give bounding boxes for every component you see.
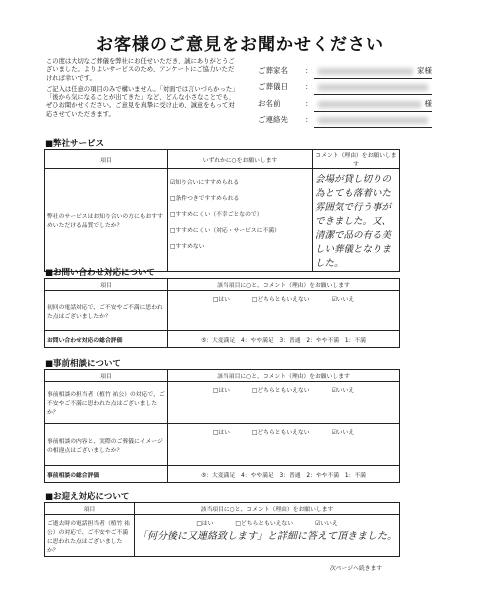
rating-label: お問い合わせ対応の総合評価 bbox=[45, 331, 168, 348]
handwritten-comment[interactable]: 会場が貸し切りの為とても落着いた雰囲気で行う事ができました。又、清潔で品の有る美… bbox=[313, 169, 400, 272]
section-title-pickup: ■お迎え対応について bbox=[45, 490, 129, 502]
section-title-consult: ■事前相談について bbox=[45, 357, 121, 369]
service-table: 項目 いずれかに○をお願いします コメント（理由）をお願いします 弊社のサービス… bbox=[44, 149, 400, 272]
rating-label: 事前相談の総合評価 bbox=[45, 466, 168, 483]
option-checkbox[interactable]: □すすめにくい（不幸ごとなので） bbox=[170, 205, 310, 221]
redacted-value bbox=[318, 101, 421, 108]
redacted-value bbox=[318, 117, 428, 124]
choice-yes[interactable]: □はい bbox=[213, 385, 230, 394]
choice-yes[interactable]: □はい bbox=[213, 427, 230, 436]
question: ご逝去時の電話担当者（植竹 祐公）の対応で、ご不安やご不満に思われた点はございま… bbox=[45, 515, 135, 557]
question: 弊社のサービスはお知り合いの方にもおすすめいただける品質でしたか？ bbox=[45, 169, 168, 272]
info-family-name[interactable]: ご葬家名：家様 bbox=[314, 62, 432, 79]
option-checkbox[interactable]: ☑知り合いにすすめられる bbox=[170, 173, 310, 189]
redacted-value bbox=[318, 68, 413, 75]
intro-text: この度は大切なご葬儀を弊社にお任せいただき、誠にありがとうございました。よりよい… bbox=[46, 58, 236, 122]
choice-neutral[interactable]: □どちらともいえない bbox=[252, 294, 310, 303]
choice-no[interactable]: ☑いいえ bbox=[315, 518, 338, 527]
rating-scale[interactable]: ⑤：大変満足 4：やや満足 3：普通 2：やや不満 1：不満 bbox=[168, 466, 400, 483]
section-title-service: ■弊社サービス bbox=[45, 137, 104, 149]
option-checkbox[interactable]: □条件つきですすめられる bbox=[170, 189, 310, 205]
intro-paragraph: ご記入は任意の項目のみで構いません。「対面では言いづらかった」「後から気になるこ… bbox=[46, 86, 236, 119]
section-title-inquiry: ■お問い合わせ対応について bbox=[45, 266, 155, 278]
rating-scale[interactable]: ⑤：大変満足 4：やや満足 3：普通 2：やや不満 1：不満 bbox=[168, 331, 400, 348]
options: ☑知り合いにすすめられる □条件つきですすめられる □すすめにくい（不幸ごとなの… bbox=[168, 169, 313, 272]
choice-no[interactable]: ☑いいえ bbox=[332, 385, 355, 394]
choice-no[interactable]: ☑いいえ bbox=[332, 294, 355, 303]
choice-neutral[interactable]: □どちらともいえない bbox=[252, 427, 310, 436]
choice-yes[interactable]: □はい bbox=[213, 294, 230, 303]
inquiry-table: 項目 該当項目に○と、コメント（理由）をお願いします 初回の電話対応で、ご不安や… bbox=[44, 278, 400, 348]
next-page-note: 次ページへ続きます bbox=[330, 563, 382, 572]
choice-yes[interactable]: □はい bbox=[196, 518, 213, 527]
option-checkbox[interactable]: □すすめにくい（対応・サービスに不満） bbox=[170, 221, 310, 237]
option-checkbox[interactable]: □すすめない bbox=[170, 237, 310, 253]
info-name[interactable]: お名前：様 bbox=[314, 95, 432, 112]
question: 初回の電話対応で、ご不安やご不満に思われた点はございましたか？ bbox=[45, 291, 168, 331]
intro-paragraph: この度は大切なご葬儀を弊社にお任せいただき、誠にありがとうございました。よりよい… bbox=[46, 58, 236, 83]
consult-table: 項目 該当項目に○と、コメント（理由）をお願いします 事前相談の担当者（植竹 祐… bbox=[44, 369, 400, 483]
customer-info: ご葬家名：家様 ご葬儀日： お名前：様 ご連絡先： bbox=[258, 62, 432, 128]
page-title: お客様のご意見をお聞かせください bbox=[0, 30, 480, 55]
pickup-table: 項目 該当項目に○と、コメント（理由）をお願いします ご逝去時の電話担当者（植竹… bbox=[44, 502, 400, 557]
choice-no[interactable]: ☑いいえ bbox=[332, 427, 355, 436]
handwritten-comment[interactable]: 「何分後に又連絡致します」と詳細に答えて頂きました。 bbox=[137, 530, 397, 544]
redacted-value bbox=[318, 84, 428, 91]
info-funeral-date[interactable]: ご葬儀日： bbox=[314, 79, 432, 96]
question: 事前相談の内容と、実際のご葬儀にイメージの相違点はございましたか？ bbox=[45, 424, 168, 466]
choice-neutral[interactable]: □どちらともいえない bbox=[252, 385, 310, 394]
info-contact[interactable]: ご連絡先： bbox=[314, 112, 432, 129]
choice-neutral[interactable]: □どちらともいえない bbox=[235, 518, 293, 527]
question: 事前相談の担当者（植竹 祐公）の対応で、ご不安やご不満に思われた点はございました… bbox=[45, 382, 168, 424]
